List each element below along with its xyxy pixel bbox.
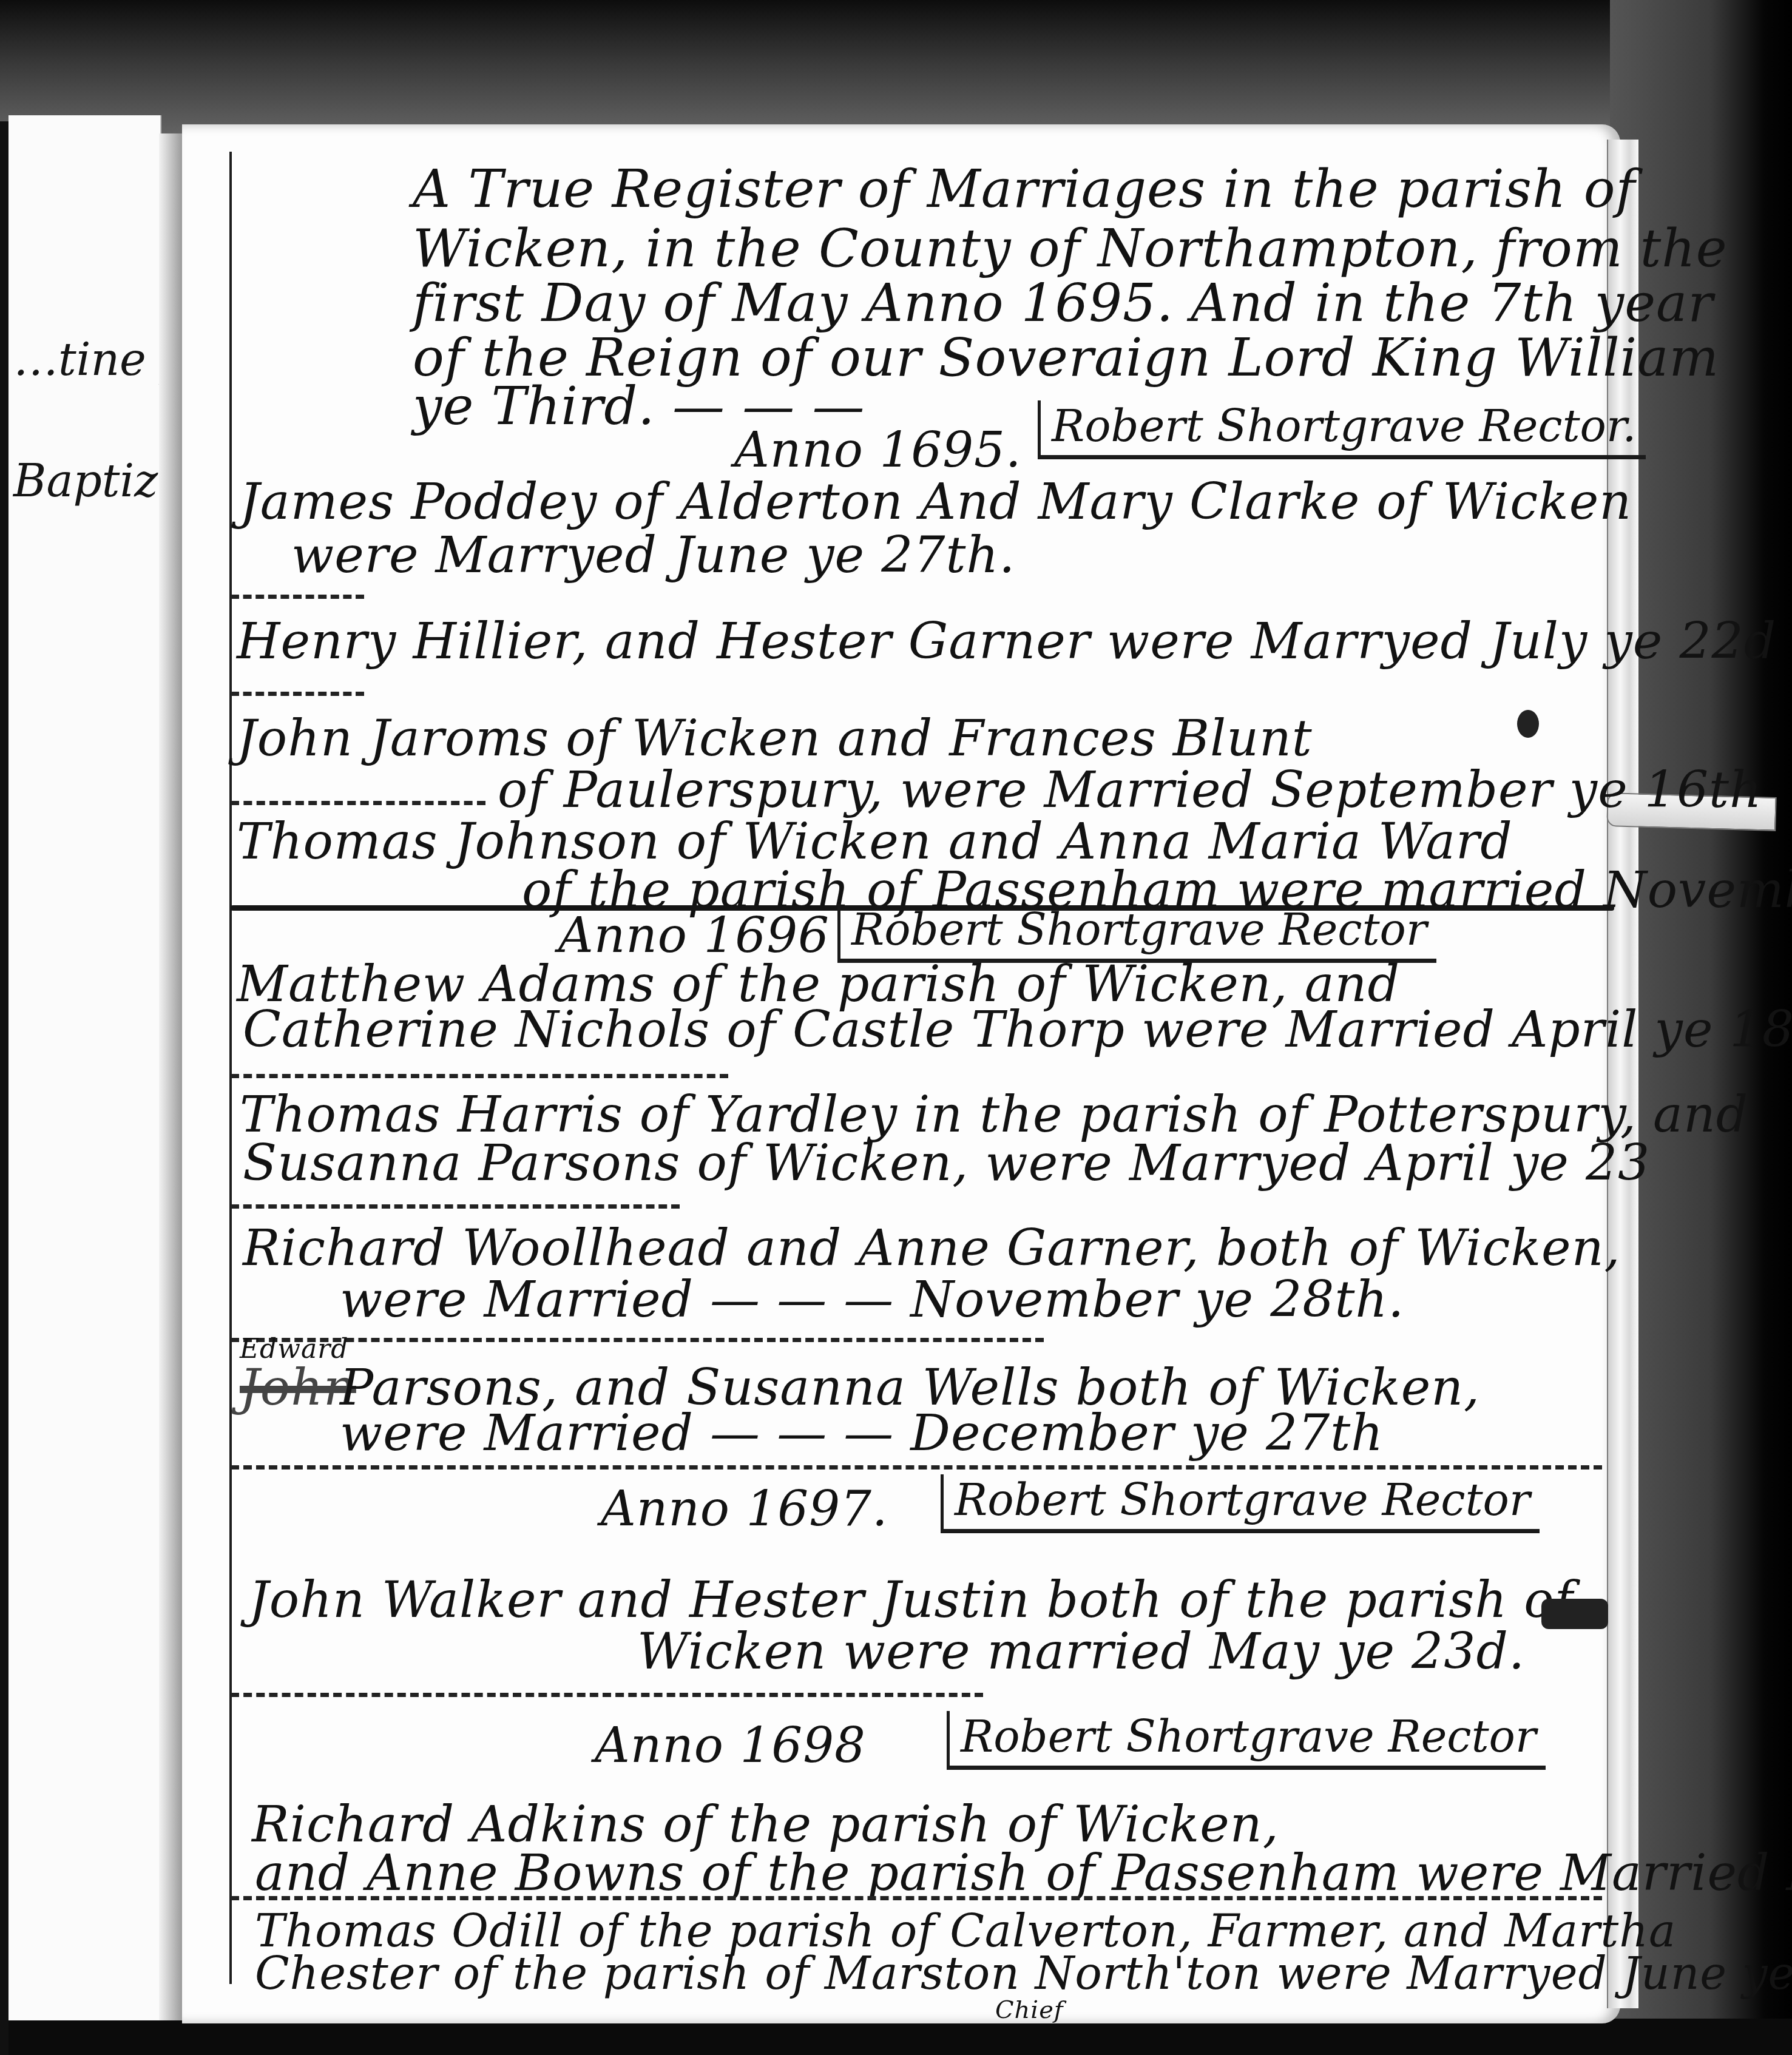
entry-line: were Marryed June ye 27th. [291,527,1015,584]
entry-line: Richard Woollhead and Anne Garner, both … [243,1220,1621,1277]
entry-line: James Poddey of Alderton And Mary Clarke… [240,473,1632,531]
entry-line: John Jaroms of Wicken and Frances Blunt [237,710,1313,768]
book-cover-top [0,0,1792,146]
heading-line: A True Register of Marriages in the pari… [413,159,1635,220]
entry-line: of Paulerspury, were Married September y… [498,761,1762,819]
entry-line: were Married — — — November ye 28th. [340,1271,1404,1329]
ink-blot [1517,710,1539,738]
entry-line: John Walker and Hester Justin both of th… [249,1571,1574,1629]
book-cover-left [0,121,8,2055]
entry-line: Susanna Parsons of Wicken, were Marryed … [243,1135,1650,1192]
rector-signature: Robert Shortgrave Rector [941,1474,1540,1533]
year-heading: Anno 1695. [734,422,1021,478]
entry-separator [231,1465,1602,1470]
correction-above: Edward [240,1334,348,1365]
entry-line: were Married — — — December ye 27th [340,1405,1384,1462]
entry-line: Catherine Nichols of Castle Thorp were M… [243,1001,1792,1059]
entry-separator [231,1074,728,1078]
entry-separator [231,801,485,805]
entry-separator [231,1896,1602,1900]
year-heading: Anno 1697. [601,1480,888,1537]
struck-forename: John [240,1359,356,1417]
ink-smudge [1541,1599,1608,1629]
year-heading: Anno 1698 [595,1717,866,1773]
entry-separator [231,1204,680,1209]
previous-page-fragment: …tine ye Baptiz… [8,115,161,2020]
entry-line: Chester of the parish of Marston North't… [255,1948,1792,2000]
entry-footnote: Chief [995,1996,1064,2024]
entry-separator [231,1338,1044,1342]
heading-line: Wicken, in the County of Northampton, fr… [413,218,1728,279]
entry-separator [231,692,364,696]
entry-line: and Anne Bowns of the parish of Passenha… [255,1844,1792,1902]
book-cover-bottom [0,2019,1792,2055]
margin-rule [229,152,232,1984]
corrected-forename: Edward John [240,1359,356,1417]
entry-separator [231,595,364,599]
heading-line: first Day of May Anno 1695. And in the 7… [413,273,1714,334]
entry-line: Wicken were married May ye 23d. [637,1623,1525,1681]
entry-line: Henry Hillier, and Hester Garner were Ma… [237,613,1776,670]
rector-signature: Robert Shortgrave Rector. [1038,400,1646,459]
entry-separator [231,1693,983,1697]
rector-signature: Robert Shortgrave Rector [947,1711,1546,1770]
rector-signature: Robert Shortgrave Rector [837,904,1436,963]
